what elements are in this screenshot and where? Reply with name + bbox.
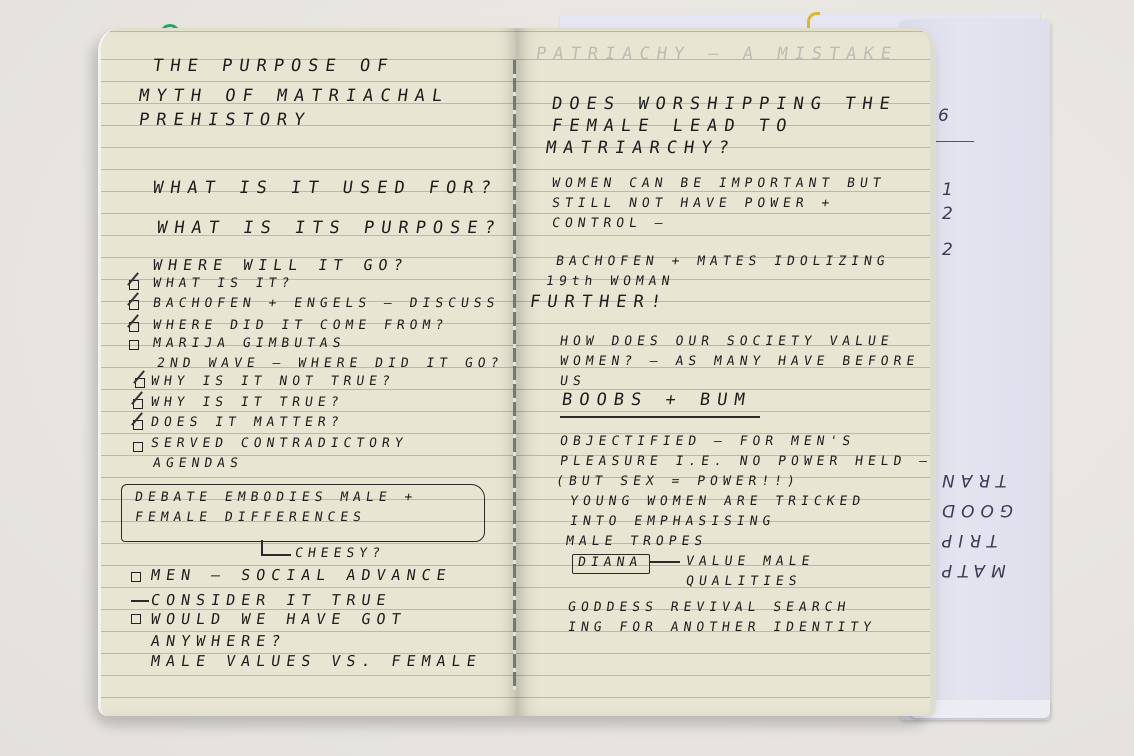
paper-mark: 2 — [942, 240, 959, 260]
notebook-left-page: THE PURPOSE OF MYTH OF MATRIACHAL PREHIS… — [98, 28, 519, 716]
question-line: WHAT IS IT USED FOR? — [152, 178, 500, 198]
checklist-item: AGENDAS — [152, 456, 244, 471]
paper-upside-down-text: TRAN — [936, 470, 1007, 490]
boxed-note-line: DEBATE EMBODIES MALE + — [134, 490, 418, 505]
checklist-item: WHY IS IT NOT TRUE? — [150, 374, 396, 389]
checklist-item: BACHOFEN + ENGELS — DISCUSS — [152, 296, 500, 311]
checklist-item: WHAT IS IT? — [152, 276, 295, 291]
paper-mark: 2 — [942, 204, 959, 224]
checklist-item: WHERE DID IT COME FROM? — [152, 318, 449, 333]
title-line: MATRIARCHY? — [545, 138, 737, 158]
bottom-item: CONSIDER IT TRUE — [150, 591, 393, 609]
note-line: MALE TROPES — [565, 534, 708, 549]
question-line: WHAT IS ITS PURPOSE? — [156, 218, 504, 238]
checklist-item: MARIJA GIMBUTAS — [152, 336, 347, 351]
paper-upside-down-text: GOOD — [936, 500, 1013, 520]
paper-mark: 6 — [938, 106, 955, 126]
connector-line — [650, 561, 680, 563]
note-line: 19th WOMAN — [545, 274, 675, 289]
note-line: INTO EMPHASISING — [569, 514, 776, 529]
bottom-item: WOULD WE HAVE GOT — [150, 610, 408, 628]
checklist-item: SERVED CONTRADICTORY — [150, 436, 409, 451]
checklist-item: WHERE WILL IT GO? — [152, 256, 410, 274]
checklist-item: 2ND WAVE — WHERE DID IT GO? — [156, 356, 504, 371]
note-line: QUALITIES — [685, 574, 803, 589]
notebook-spine-stitching — [513, 60, 516, 690]
note-line: GODDESS REVIVAL SEARCH — [567, 600, 851, 615]
note-line: ING FOR ANOTHER IDENTITY — [567, 620, 877, 635]
note-line: VALUE MALE — [685, 554, 815, 569]
note-line: WOMEN CAN BE IMPORTANT BUT — [551, 176, 887, 191]
checkbox-checked — [129, 280, 139, 290]
title-line: FEMALE LEAD TO — [551, 116, 795, 136]
note-line: BACHOFEN + MATES IDOLIZING — [555, 254, 891, 269]
paper-mark: 1 — [942, 180, 959, 200]
boxed-note-line: FEMALE DIFFERENCES — [134, 510, 367, 525]
bottom-item: MEN — SOCIAL ADVANCE — [150, 566, 453, 584]
note-line: FURTHER! — [529, 292, 670, 312]
note-line: PLEASURE I.E. NO POWER HELD — — [559, 454, 933, 469]
checkbox-unchecked — [129, 340, 139, 350]
paper-upside-down-text: TRIP — [936, 530, 997, 550]
note-line: OBJECTIFIED — FOR MEN'S — [559, 434, 856, 449]
arrow-line — [261, 554, 291, 556]
notebook-right-page: PATRIACHY — A MISTAKE DOES WORSHIPPING T… — [516, 28, 936, 716]
note-line: HOW DOES OUR SOCIETY VALUE — [559, 334, 895, 349]
checkbox-checked — [133, 399, 143, 409]
note-line: WOMEN? — AS MANY HAVE BEFORE — [559, 354, 920, 369]
yellow-bookmark-ribbon — [807, 12, 820, 29]
note-line: (BUT SEX = POWER!!) — [555, 474, 801, 489]
title-line: MYTH OF MATRIACHAL — [138, 86, 451, 106]
note-line: US — [559, 374, 587, 389]
note-line: STILL NOT HAVE POWER + — [551, 196, 835, 211]
title-line: THE PURPOSE OF — [152, 56, 396, 76]
boxed-word: DIANA — [577, 555, 643, 570]
faint-header: PATRIACHY — A MISTAKE — [535, 44, 900, 64]
underline-stroke — [560, 416, 760, 418]
checkbox-checked — [129, 300, 139, 310]
dash-marker — [131, 600, 149, 602]
checklist-item: WHY IS IT TRUE? — [150, 395, 345, 410]
note-line: CONTROL — — [551, 216, 669, 231]
title-line: DOES WORSHIPPING THE — [551, 94, 899, 114]
bottom-item: MALE VALUES VS. FEMALE — [150, 652, 483, 670]
checkbox-checked — [133, 420, 143, 430]
checkbox-unchecked — [131, 614, 141, 624]
underlined-heading: BOOBS + BUM — [561, 390, 753, 410]
arrow-note: CHEESY? — [294, 546, 386, 561]
title-line: PREHISTORY — [138, 110, 313, 130]
paper-upside-down-text: MATP — [936, 560, 1006, 580]
note-line: YOUNG WOMEN ARE TRICKED — [569, 494, 866, 509]
paper-dash — [934, 141, 974, 142]
arrow-stem — [261, 540, 263, 554]
bottom-item: ANYWHERE? — [150, 632, 288, 650]
checklist-item: DOES IT MATTER? — [150, 415, 345, 430]
checkbox-checked — [135, 378, 145, 388]
checkbox-unchecked — [133, 442, 143, 452]
checkbox-checked — [129, 322, 139, 332]
checkbox-unchecked — [131, 572, 141, 582]
